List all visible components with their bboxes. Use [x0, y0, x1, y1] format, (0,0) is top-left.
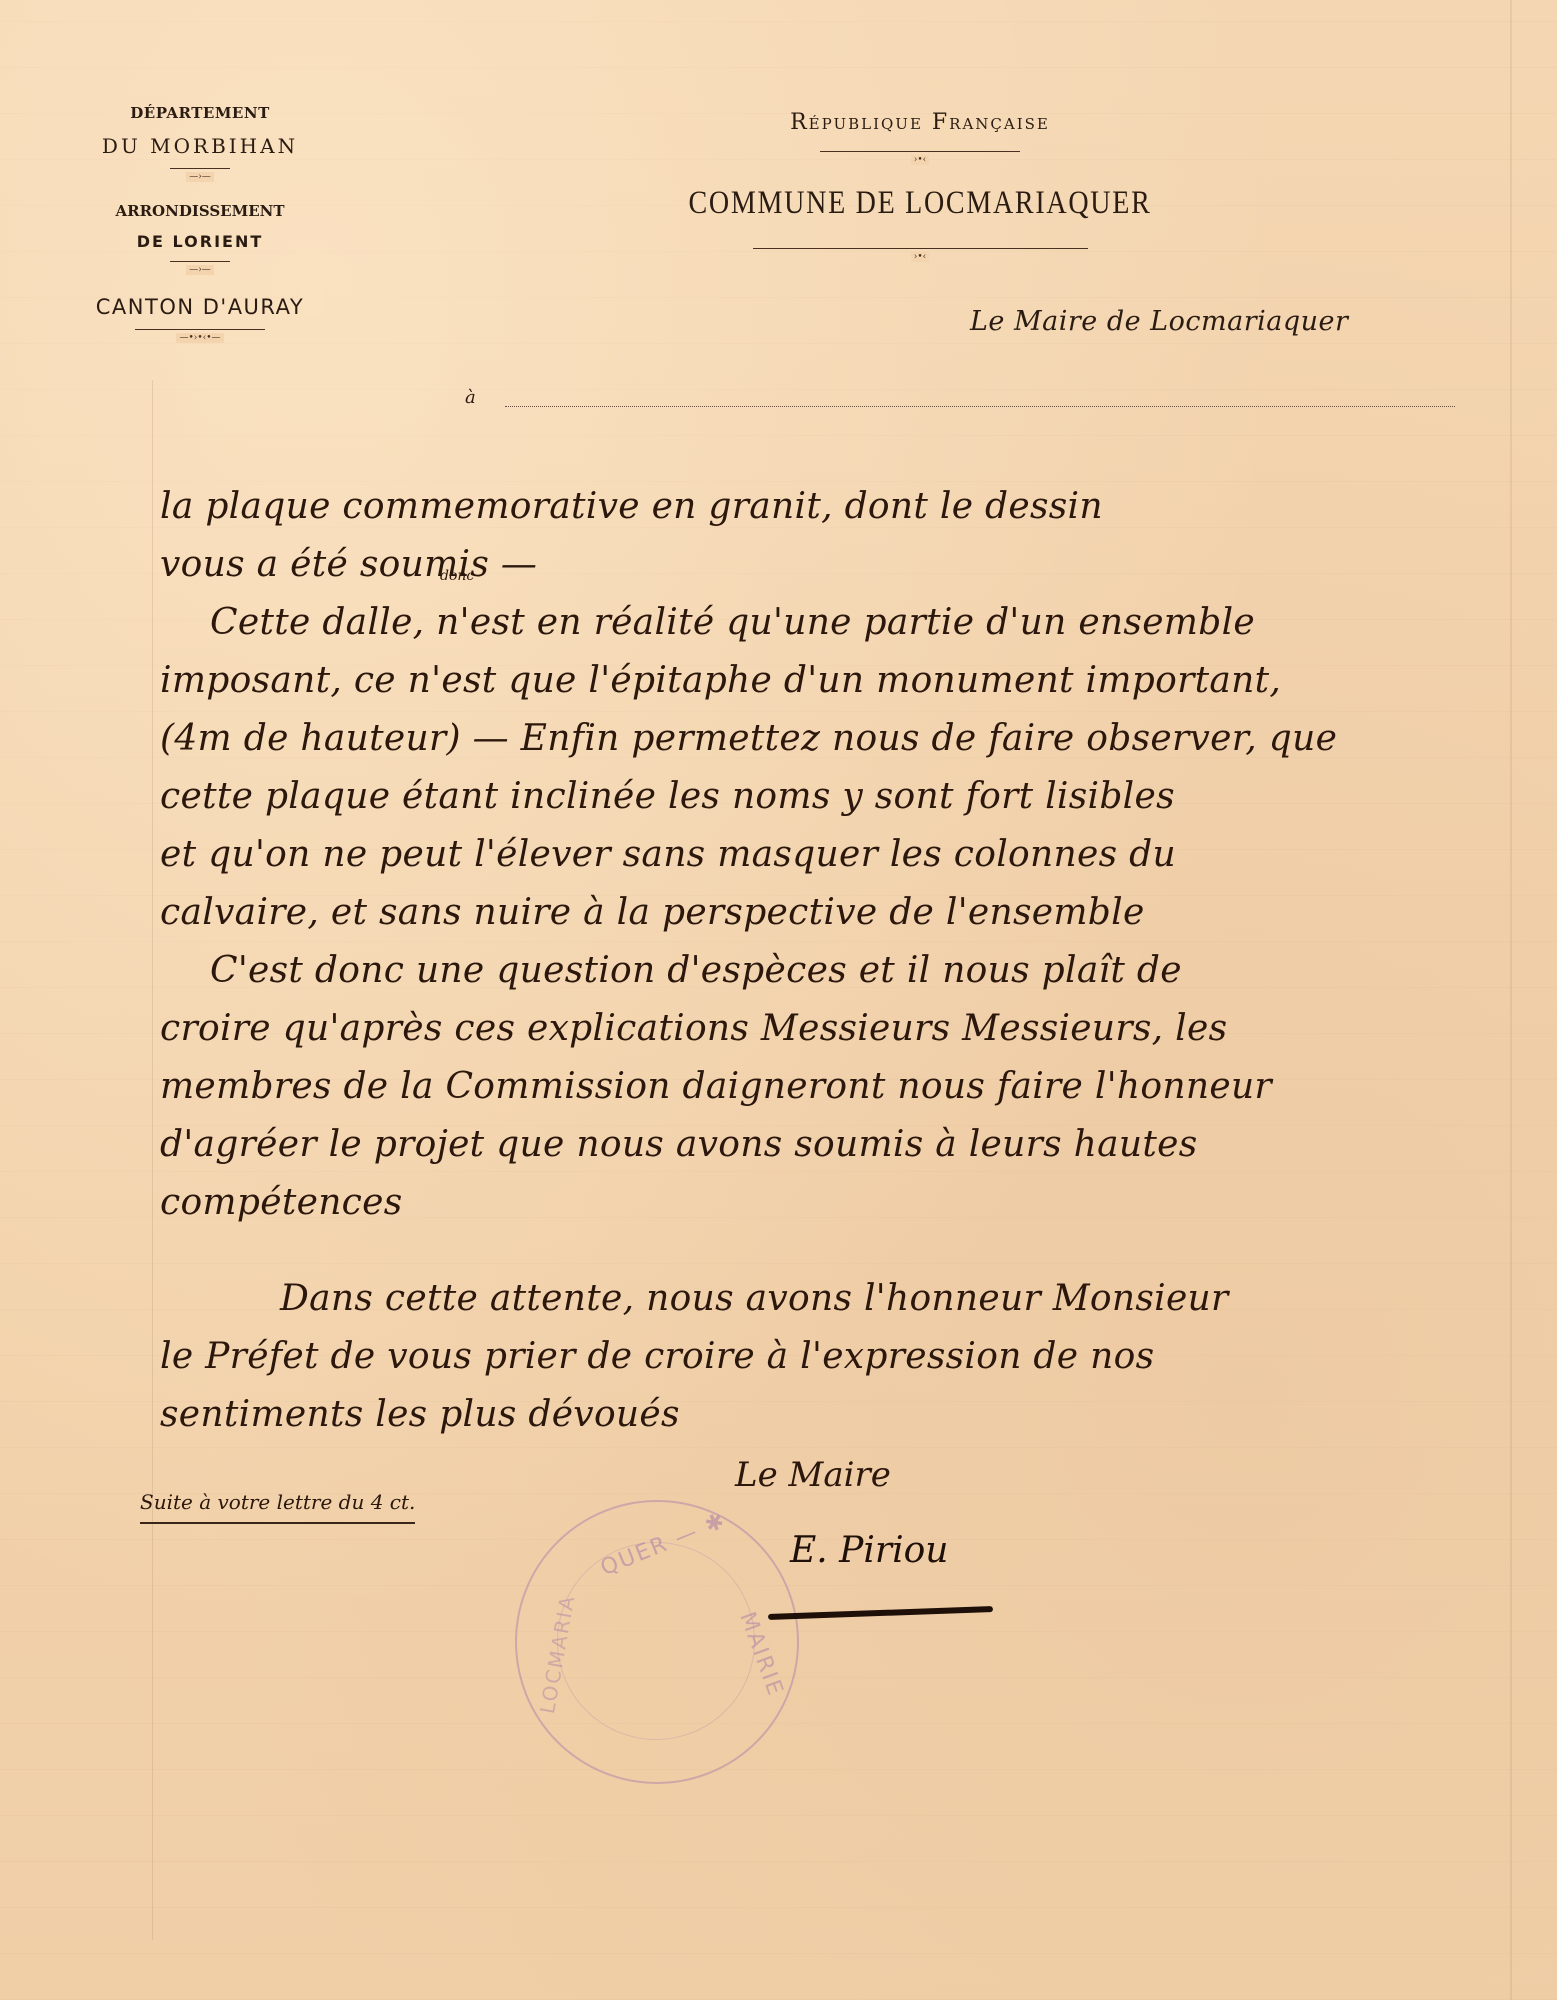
body-line: la plaque commemorative en granit, dont …	[160, 478, 1540, 536]
body-line: imposant, ce n'est que l'épitaphe d'un m…	[160, 652, 1540, 710]
arrondissement-name: DE LORIENT	[40, 232, 360, 251]
canton-name: CANTON D'AURAY	[40, 295, 360, 319]
commune-title: COMMUNE DE LOCMARIAQUER	[648, 185, 1192, 222]
body-line: membres de la Commission daigneront nous…	[160, 1058, 1540, 1116]
ornament-divider-icon: ›•‹	[820, 147, 1020, 155]
ornament-divider-icon: —›—	[170, 164, 230, 172]
margin-rule	[152, 380, 153, 1940]
ornament-divider-icon: —•›•‹•—	[135, 325, 265, 333]
ornament-divider-icon: ›•‹	[753, 244, 1088, 252]
body-line: et qu'on ne peut l'élever sans masquer l…	[160, 826, 1540, 884]
body-line: compétences	[160, 1174, 1540, 1232]
reference-note: Suite à votre lettre du 4 ct.	[140, 1490, 415, 1524]
body-line: sentiments les plus dévoués	[160, 1386, 1540, 1444]
body-line: croire qu'après ces explications Messieu…	[160, 1000, 1540, 1058]
body-line: Dans cette attente, nous avons l'honneur…	[160, 1270, 1540, 1328]
department-name: DU MORBIHAN	[40, 134, 360, 158]
ornament-divider-icon: —›—	[170, 257, 230, 265]
mairie-stamp-icon: QUER — ✱ LOCMARIA MAIRIE	[515, 1500, 799, 1784]
body-line: Cette dalle, n'est en réalité qu'une par…	[160, 594, 1540, 652]
republic-title: République Française	[600, 110, 1240, 135]
address-prefix: à	[465, 387, 476, 408]
letterhead-left: DÉPARTEMENT DU MORBIHAN —›— ARRONDISSEME…	[40, 104, 360, 333]
sender-title: Le Maire de Locmariaquer	[970, 306, 1348, 337]
signature-name: E. Piriou	[790, 1530, 948, 1571]
body-line: C'est donc une question d'espèces et il …	[160, 942, 1540, 1000]
body-line: calvaire, et sans nuire à la perspective…	[160, 884, 1540, 942]
letterhead-right: République Française ›•‹ COMMUNE DE LOCM…	[600, 110, 1240, 252]
body-line: d'agréer le projet que nous avons soumis…	[160, 1116, 1540, 1174]
letter-page: DÉPARTEMENT DU MORBIHAN —›— ARRONDISSEME…	[0, 0, 1557, 2000]
signature-flourish	[768, 1606, 993, 1620]
arrondissement-label: ARRONDISSEMENT	[40, 202, 360, 220]
body-line: le Préfet de vous prier de croire à l'ex…	[160, 1328, 1540, 1386]
address-dotted-line	[505, 406, 1455, 407]
signature-title: Le Maire	[735, 1455, 891, 1495]
body-line: (4m de hauteur) — Enfin permettez nous d…	[160, 710, 1540, 768]
letter-body: la plaque commemorative en granit, dont …	[160, 478, 1540, 1444]
department-label: DÉPARTEMENT	[40, 104, 360, 122]
body-line: cette plaque étant inclinée les noms y s…	[160, 768, 1540, 826]
body-line: vous a été soumis —	[160, 536, 1540, 594]
